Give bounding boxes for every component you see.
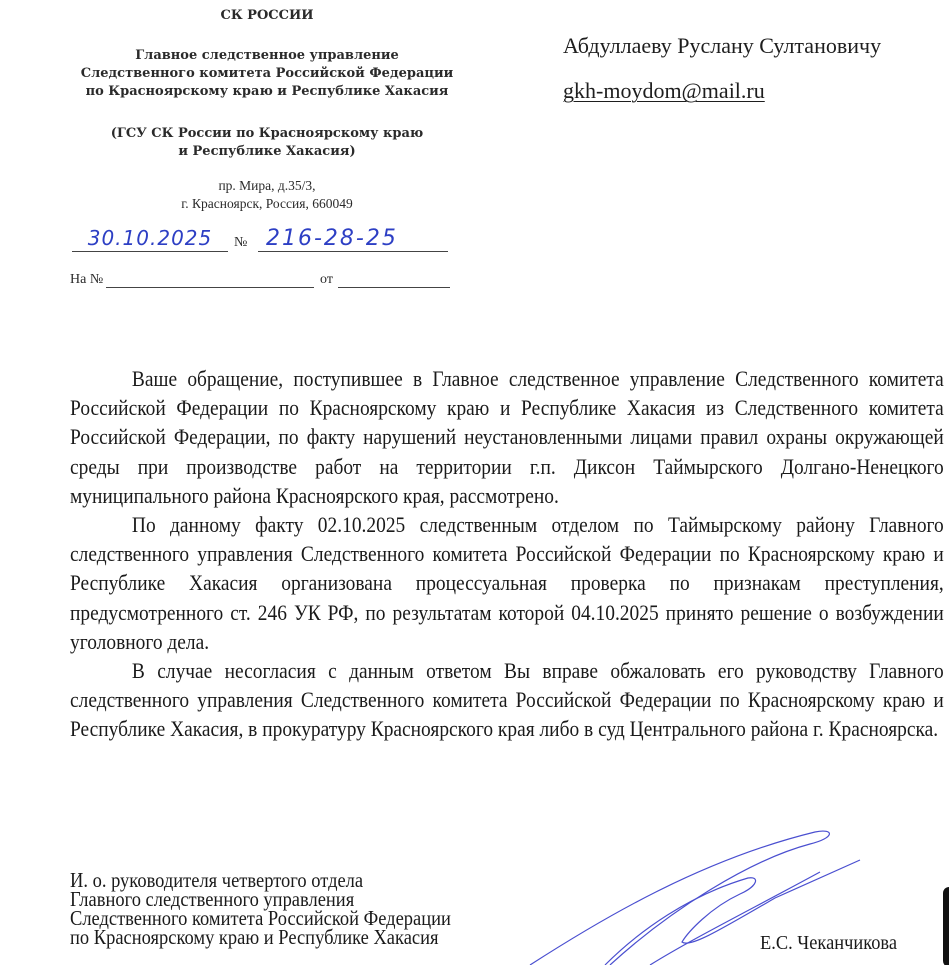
body-paragraph: Ваше обращение, поступившее в Главное сл… xyxy=(70,364,944,510)
reference-from-label: от xyxy=(320,272,333,288)
handwritten-date: 30.10.2025 xyxy=(72,225,228,252)
org-line: по Красноярскому краю и Республике Хакас… xyxy=(62,83,472,101)
position-line: по Красноярскому краю и Республике Хакас… xyxy=(70,928,451,947)
letter-body: Ваше обращение, поступившее в Главное сл… xyxy=(70,364,944,744)
handwritten-outgoing-number: 216-28-25 xyxy=(258,226,448,252)
registration-line: 30.10.2025 № 216-28-25 xyxy=(70,225,450,255)
page-edge-shadow xyxy=(943,887,949,965)
address-line: г. Красноярск, Россия, 660049 xyxy=(62,195,472,213)
address-line: пр. Мира, д.35/3, xyxy=(62,177,472,195)
number-sign: № xyxy=(234,235,247,251)
recipient-name: Абдуллаеву Руслану Султановичу xyxy=(563,33,881,59)
letterhead-address: пр. Мира, д.35/3, г. Красноярск, Россия,… xyxy=(62,177,472,213)
letterhead-organization: Главное следственное управление Следстве… xyxy=(62,47,472,101)
org-line: Главное следственное управление xyxy=(62,47,472,65)
body-paragraph: По данному факту 02.10.2025 следственным… xyxy=(70,510,944,656)
letterhead-abbreviation: (ГСУ СК России по Красноярскому краю и Р… xyxy=(62,125,472,161)
reference-line: На № от xyxy=(70,270,450,290)
recipient-email-link[interactable]: gkh-moydom@mail.ru xyxy=(563,78,765,104)
letterhead-title: СК РОССИИ xyxy=(62,7,472,25)
body-paragraph: В случае несогласия с данным ответом Вы … xyxy=(70,656,944,744)
reference-date-blank xyxy=(338,273,450,288)
reference-number-blank xyxy=(106,273,314,288)
abbr-line: и Республике Хакасия) xyxy=(62,143,472,161)
signatory-position: И. о. руководителя четвертого отдела Гла… xyxy=(70,871,451,947)
reference-number-label: На № xyxy=(70,272,103,288)
org-line: Следственного комитета Российской Федера… xyxy=(62,65,472,83)
signer-name: Е.С. Чеканчикова xyxy=(760,932,897,955)
abbr-line: (ГСУ СК России по Красноярскому краю xyxy=(62,125,472,143)
